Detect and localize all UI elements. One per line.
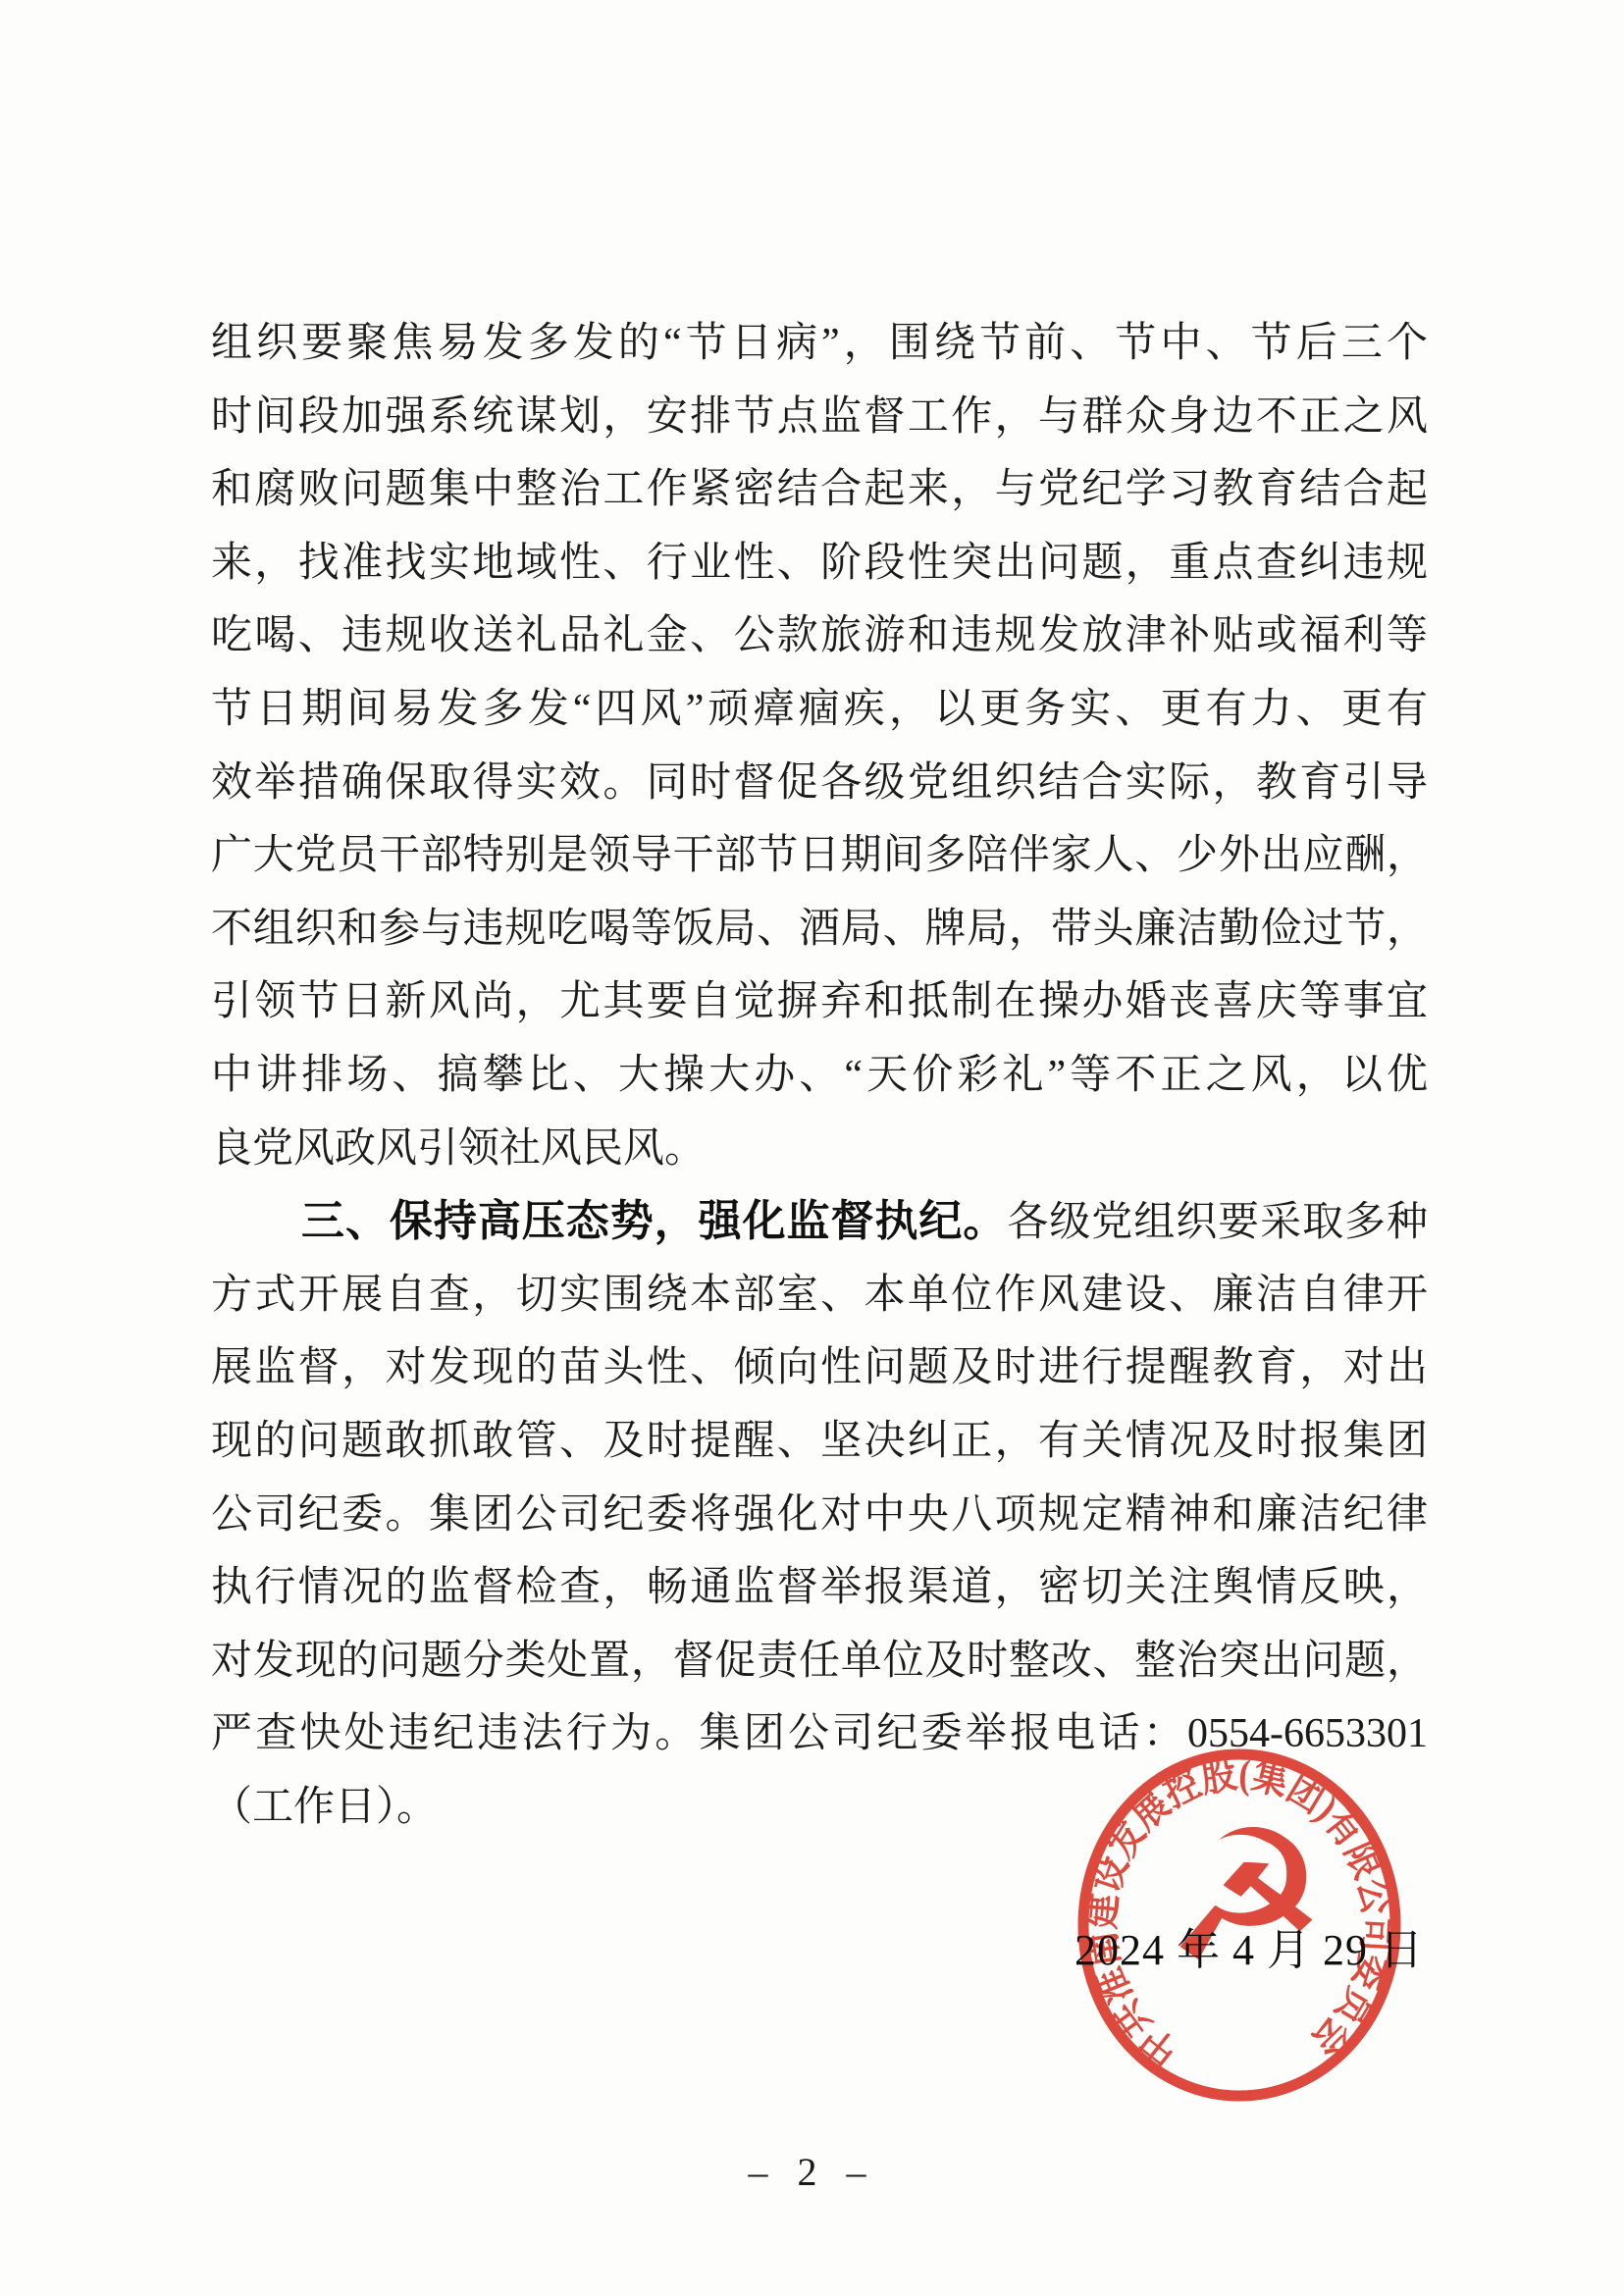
issue-date: 2024 年 4 月 29 日 [1074,1924,1428,1977]
text-line: 对发现的问题分类处置，督促责任单位及时整改、整治突出问题， [211,1625,1428,1698]
text-line: 时间段加强系统谋划，安排节点监督工作，与群众身边不正之风 [211,381,1428,454]
text-line: 组织要聚焦易发多发的“节日病”，围绕节前、节中、节后三个 [211,307,1428,381]
text-line: 良党风政风引领社风民风。 [211,1113,1428,1186]
text-line: 效举措确保取得实效。同时督促各级党组织结合实际，教育引导 [211,747,1428,820]
text-line: 三、保持高压态势，强化监督执纪。各级党组织要采取多种 [211,1185,1428,1259]
text-line: 吃喝、违规收送礼品礼金、公款旅游和违规发放津补贴或福利等 [211,600,1428,673]
text-line: 来，找准找实地域性、行业性、阶段性突出问题，重点查纠违规 [211,527,1428,600]
text-line: 执行情况的监督检查，畅通监督举报渠道，密切关注舆情反映， [211,1551,1428,1625]
text-line: 和腐败问题集中整治工作紧密结合起来，与党纪学习教育结合起 [211,453,1428,527]
text-line: 展监督，对发现的苗头性、倾向性问题及时进行提醒教育，对出 [211,1331,1428,1405]
page-number: – 2 – [0,2151,1624,2194]
text-line: 公司纪委。集团公司纪委将强化对中央八项规定精神和廉洁纪律 [211,1479,1428,1552]
document-page: 组织要聚焦易发多发的“节日病”，围绕节前、节中、节后三个时间段加强系统谋划，安排… [0,0,1624,2296]
text-line: 方式开展自查，切实围绕本部室、本单位作风建设、廉洁自律开 [211,1259,1428,1332]
section-heading: 三、保持高压态势，强化监督执纪。 [301,1197,1007,1245]
text-line: 现的问题敢抓敢管、及时提醒、坚决纠正，有关情况及时报集团 [211,1405,1428,1479]
body-text: 组织要聚焦易发多发的“节日病”，围绕节前、节中、节后三个时间段加强系统谋划，安排… [211,307,1428,1844]
text-line: 不组织和参与违规吃喝等饭局、酒局、牌局，带头廉洁勤俭过节， [211,893,1428,966]
text-line: 节日期间易发多发“四风”顽瘴痼疾，以更务实、更有力、更有 [211,673,1428,747]
text-line: 广大党员干部特别是领导干部节日期间多陪伴家人、少外出应酬， [211,819,1428,893]
text-line: 中讲排场、搞攀比、大操大办、“天价彩礼”等不正之风，以优 [211,1039,1428,1113]
text-line: 引领节日新风尚，尤其要自觉摒弃和抵制在操办婚丧喜庆等事宜 [211,965,1428,1039]
